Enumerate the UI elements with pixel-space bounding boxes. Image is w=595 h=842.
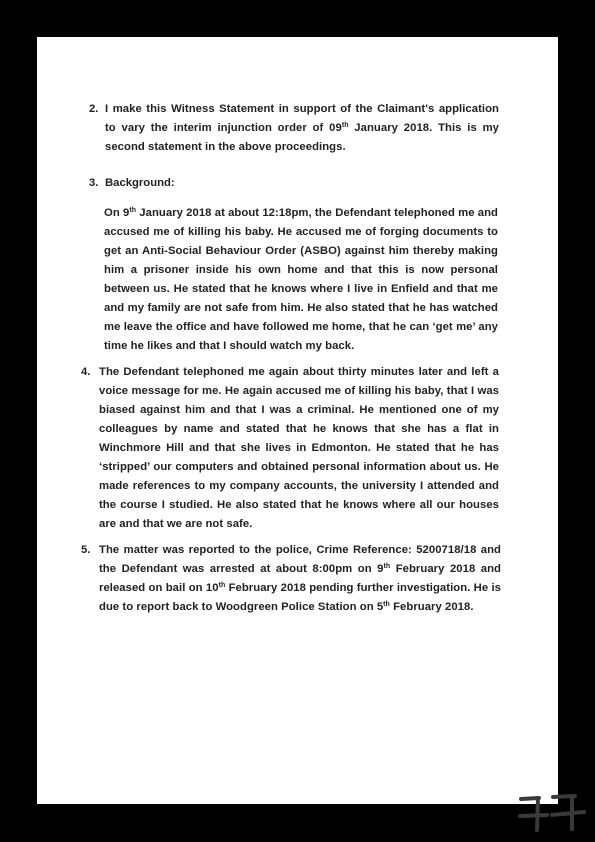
paragraph-number: 4.: [81, 363, 90, 382]
paragraph-4: The Defendant telephoned me again about …: [99, 363, 499, 534]
paragraph-number: 2.: [89, 100, 98, 119]
document-page: 2. I make this Witness Statement in supp…: [37, 37, 558, 804]
paragraph-number: 5.: [81, 541, 90, 560]
paragraph-3-body: On 9th January 2018 at about 12:18pm, th…: [104, 204, 498, 356]
handwritten-page-number: 77: [517, 792, 587, 832]
section-heading-background: Background:: [105, 174, 305, 193]
paragraph-5: The matter was reported to the police, C…: [99, 541, 501, 617]
paragraph-2: I make this Witness Statement in support…: [105, 100, 499, 157]
paragraph-number: 3.: [89, 174, 98, 193]
